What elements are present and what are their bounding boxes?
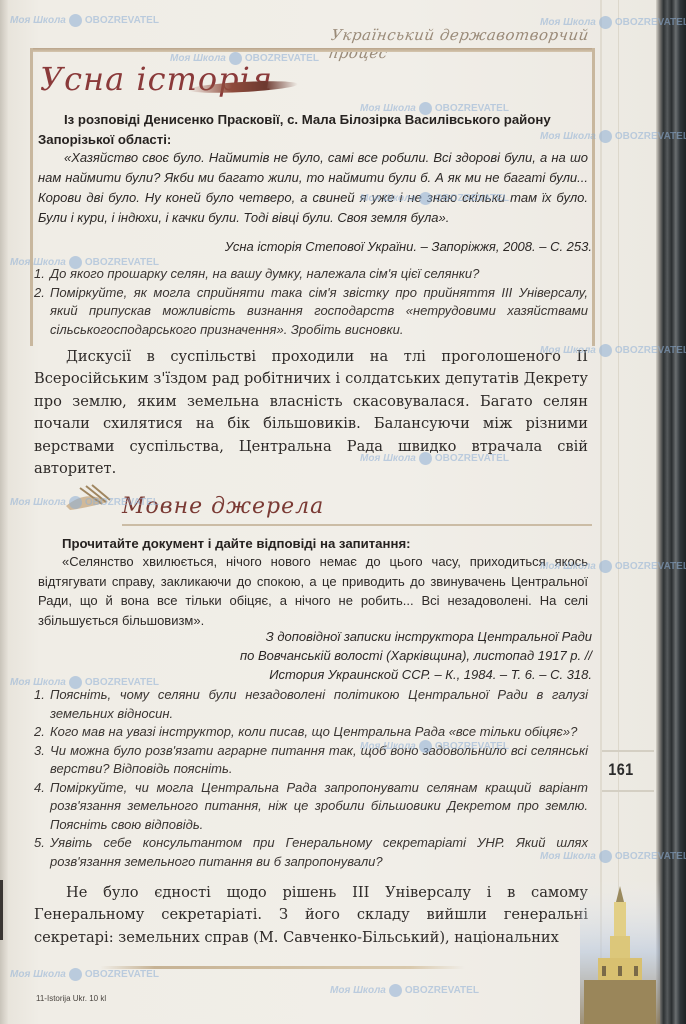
watermark: Моя ШколаOBOZREVATEL [10,968,159,981]
question-number: 4. [34,779,45,798]
section-rule [122,524,592,526]
question-number: 2. [34,284,45,303]
watermark-logo-icon [599,16,612,29]
body-paragraph: Не було єдності щодо рішень III Універса… [34,882,588,949]
question-text: Поміркуйте, чи могла Центральна Рада зап… [50,780,588,832]
page-gutter [0,0,8,1024]
book-edge [656,0,686,1024]
watermark: Моя ШколаOBOZREVATEL [360,102,509,115]
sources-quote: «Селянство хвилюється, нічого нового нем… [38,552,588,630]
oral-history-intro: Із розповіді Денисенко Прасковії, с. Мал… [38,110,588,150]
watermark-text: OBOZREVATEL [615,17,686,28]
watermark-text: Моя Школа [10,15,66,26]
question-number: 2. [34,723,45,742]
watermark: Моя ШколаOBOZREVATEL [10,676,159,689]
watermark: Моя ШколаOBOZREVATEL [540,16,686,29]
running-head: Український державотворчий процес [327,26,632,62]
watermark: Моя ШколаOBOZREVATEL [540,560,686,573]
citation-line: по Вовчанській волості (Харківщина), лис… [240,646,592,665]
watermark-text: OBOZREVATEL [245,53,319,64]
watermark-text: OBOZREVATEL [85,969,159,980]
watermark: Моя ШколаOBOZREVATEL [10,496,159,509]
watermark-logo-icon [419,102,432,115]
frame-right [592,48,595,346]
watermark-text: Моя Школа [10,497,66,508]
oral-history-quote: «Хазяйство своє було. Наймитів не було, … [38,148,588,228]
watermark-logo-icon [599,560,612,573]
question-text: Поміркуйте, як могла сприйняти така сім'… [50,285,588,337]
watermark-text: OBOZREVATEL [615,851,686,862]
watermark-logo-icon [599,850,612,863]
watermark-text: Моя Школа [540,851,596,862]
watermark-text: Моя Школа [360,453,416,464]
gutter-mark [0,880,3,940]
watermark-logo-icon [389,984,402,997]
question-item: 2.Поміркуйте, як могла сприйняти така сі… [30,284,588,340]
watermark-text: Моя Школа [540,561,596,572]
oral-history-questions: 1.До якого прошарку селян, на вашу думку… [30,265,588,339]
watermark-text: OBOZREVATEL [435,741,509,752]
watermark: Моя ШколаOBOZREVATEL [330,984,479,997]
watermark: Моя ШколаOBOZREVATEL [540,344,686,357]
watermark-text: Моя Школа [360,741,416,752]
margin-line [618,0,619,1024]
watermark-logo-icon [229,52,242,65]
oral-history-title: Усна історія [40,60,273,98]
watermark-logo-icon [69,256,82,269]
citation-line: История Украинской ССР. – К., 1984. – Т.… [240,665,592,684]
page-number: 161 [608,760,633,780]
sources-citation: З доповідної записки інструктора Централ… [240,627,592,684]
watermark-text: Моя Школа [10,969,66,980]
watermark-text: OBOZREVATEL [85,257,159,268]
watermark-text: Моя Школа [330,985,386,996]
watermark-text: OBOZREVATEL [435,103,509,114]
watermark-logo-icon [69,14,82,27]
watermark: Моя ШколаOBOZREVATEL [540,130,686,143]
question-item: 1.Поясніть, чому селяни були незадоволен… [30,686,588,723]
watermark-logo-icon [419,740,432,753]
sources-instruction: Прочитайте документ і дайте відповіді на… [62,534,602,554]
watermark-text: Моя Школа [10,677,66,688]
watermark-logo-icon [419,192,432,205]
question-number: 5. [34,834,45,853]
watermark: Моя ШколаOBOZREVATEL [540,850,686,863]
watermark: Моя ШколаOBOZREVATEL [360,452,509,465]
watermark-text: OBOZREVATEL [85,677,159,688]
watermark-text: OBOZREVATEL [615,131,686,142]
sources-questions: 1.Поясніть, чому селяни були незадоволен… [30,686,588,871]
question-text: Уявіть себе консультантом при Генерально… [50,835,588,869]
watermark-text: OBOZREVATEL [85,15,159,26]
watermark: Моя ШколаOBOZREVATEL [10,14,159,27]
watermark: Моя ШколаOBOZREVATEL [170,52,319,65]
town-hall-illustration [580,880,660,1024]
watermark-text: OBOZREVATEL [615,345,686,356]
watermark: Моя ШколаOBOZREVATEL [360,192,509,205]
question-item: 5.Уявіть себе консультантом при Генераль… [30,834,588,871]
watermark-logo-icon [599,344,612,357]
citation-line: З доповідної записки інструктора Централ… [240,627,592,646]
oral-history-citation: Усна історія Степової України. – Запоріж… [225,237,592,256]
watermark-text: Моя Школа [10,257,66,268]
watermark-text: Моя Школа [170,53,226,64]
watermark-text: Моя Школа [360,193,416,204]
question-number: 3. [34,742,45,761]
question-text: Поясніть, чому селяни були незадоволені … [50,687,588,721]
watermark-text: Моя Школа [540,131,596,142]
watermark: Моя ШколаOBOZREVATEL [10,256,159,269]
watermark-text: OBOZREVATEL [615,561,686,572]
watermark-text: OBOZREVATEL [435,193,509,204]
watermark-text: Моя Школа [540,345,596,356]
watermark: Моя ШколаOBOZREVATEL [360,740,509,753]
watermark-logo-icon [599,130,612,143]
question-item: 4.Поміркуйте, чи могла Центральна Рада з… [30,779,588,835]
watermark-text: Моя Школа [540,17,596,28]
watermark-text: Моя Школа [360,103,416,114]
watermark-logo-icon [419,452,432,465]
watermark-logo-icon [69,496,82,509]
watermark-text: OBOZREVATEL [85,497,159,508]
watermark-text: OBOZREVATEL [435,453,509,464]
margin-line [600,0,602,1024]
watermark-logo-icon [69,676,82,689]
watermark-text: OBOZREVATEL [405,985,479,996]
question-item: 2.Кого мав на увазі інструктор, коли пис… [30,723,588,742]
watermark-logo-icon [69,968,82,981]
question-text: Кого мав на увазі інструктор, коли писав… [50,724,577,739]
footer-print-code: 11-Istorija Ukr. 10 kl [36,994,106,1003]
